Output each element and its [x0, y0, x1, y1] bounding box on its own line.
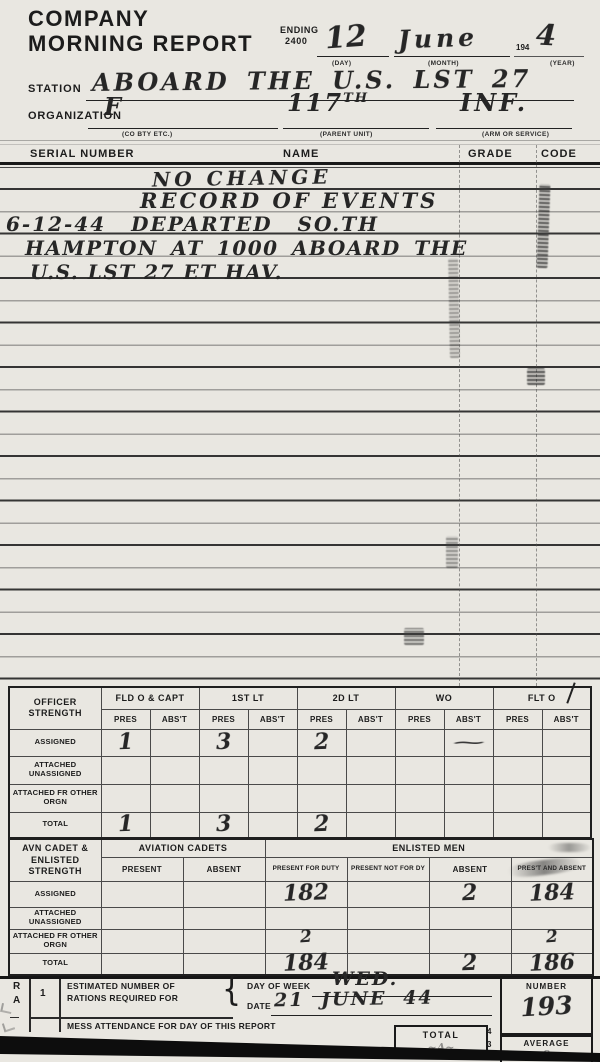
- rations-row-rule: [29, 1017, 233, 1019]
- enlisted-row-label: ATTACHED UNASSIGNED: [9, 907, 101, 929]
- officer-subheader: PRES: [493, 709, 542, 729]
- org-unit-label: (CO BTY ETC.): [122, 131, 173, 138]
- org-arm-label: (ARM OR SERVICE): [482, 131, 549, 138]
- enlisted-value-cell: 184: [511, 881, 593, 907]
- enlisted-value-cell: [183, 881, 265, 907]
- date-underline: [271, 1015, 492, 1016]
- enlisted-group-header: ENLISTED MEN: [265, 839, 593, 857]
- officer-subheader: ABS'T: [444, 709, 493, 729]
- scan-smudge: [527, 368, 545, 385]
- officer-value-cell: [542, 812, 591, 838]
- enlisted-value-cell: [183, 929, 265, 953]
- officer-value-cell: [346, 784, 395, 812]
- officer-row-label: ATTACHED UNASSIGNED: [9, 756, 101, 784]
- officer-subheader: PRES: [199, 709, 248, 729]
- enlisted-subheader: PRESENT: [101, 857, 183, 881]
- enlisted-value-cell: [511, 907, 593, 929]
- officer-row-header: OFFICER STRENGTH: [9, 687, 101, 729]
- pencil-smear: [548, 843, 590, 852]
- officer-value-cell: 1: [101, 729, 150, 756]
- enlisted-value-cell: [101, 953, 183, 975]
- side-digit: 3: [487, 1040, 491, 1049]
- side-digit: 4: [487, 1027, 491, 1036]
- enlisted-value-cell: [101, 907, 183, 929]
- enlisted-value-cell: [347, 929, 429, 953]
- enlisted-subheader: ABSENT: [183, 857, 265, 881]
- officer-row-label: ATTACHED FR OTHER ORGN: [9, 784, 101, 812]
- officer-value-cell: [248, 784, 297, 812]
- enlisted-value-cell: [183, 907, 265, 929]
- officer-value-cell: [346, 756, 395, 784]
- form-title-line1: COMPANY: [28, 6, 149, 32]
- ending-time: 2400: [285, 36, 307, 46]
- roster-col-grade: GRADE: [468, 148, 513, 160]
- officer-value-cell: 3: [199, 729, 248, 756]
- officer-strength-table: OFFICER STRENGTH FLD O & CAPT 1ST LT 2D …: [8, 686, 592, 839]
- roster-entry: RECORD OF EVENTS: [140, 188, 438, 213]
- officer-subheader: ABS'T: [150, 709, 199, 729]
- officer-value-cell: 1: [101, 812, 150, 838]
- month-underline: [394, 56, 510, 57]
- enlisted-value-cell: [101, 929, 183, 953]
- officer-value-cell: [395, 729, 444, 756]
- officer-value-cell: [395, 812, 444, 838]
- officer-value-cell: [493, 784, 542, 812]
- scan-smudge: [446, 536, 458, 568]
- officer-row-label: TOTAL: [9, 812, 101, 838]
- month-value-handwritten: June: [398, 23, 479, 55]
- officer-subheader: ABS'T: [248, 709, 297, 729]
- officer-value-cell: [444, 756, 493, 784]
- org-arm-value-handwritten: INF.: [460, 88, 528, 117]
- officer-subheader: ABS'T: [346, 709, 395, 729]
- rations-divider: [59, 979, 61, 1032]
- org-unit-underline: [88, 128, 278, 129]
- enlisted-value-cell: 2: [429, 953, 511, 975]
- officer-group-header: 2D LT: [297, 687, 395, 709]
- officer-value-cell: [150, 812, 199, 838]
- officer-value-cell: [542, 784, 591, 812]
- scan-smudge: [404, 628, 424, 645]
- officer-value-cell: [150, 756, 199, 784]
- average-label: AVERAGE: [502, 1039, 591, 1048]
- officer-value-cell: [493, 729, 542, 756]
- mess-attendance-label: MESS ATTENDANCE FOR DAY OF THIS REPORT: [67, 1021, 276, 1031]
- year-label: (YEAR): [550, 60, 575, 67]
- enlisted-value-cell: [429, 907, 511, 929]
- officer-group-header: FLD O & CAPT: [101, 687, 199, 709]
- scan-streak: [0, 140, 600, 141]
- org-parent-underline: [283, 128, 429, 129]
- roster-col-name: NAME: [283, 148, 319, 160]
- total-label: TOTAL: [396, 1030, 486, 1040]
- number-box: NUMBER 193: [500, 977, 593, 1035]
- org-unit-value-handwritten: F: [104, 92, 121, 121]
- officer-group-header: 1ST LT: [199, 687, 297, 709]
- enlisted-row-header: AVN CADET & ENLISTED STRENGTH: [9, 839, 101, 881]
- code-column-separator: [536, 145, 537, 686]
- officer-subheader: PRES: [297, 709, 346, 729]
- officer-value-cell: [395, 756, 444, 784]
- officer-row-label: ASSIGNED: [9, 729, 101, 756]
- officer-value-cell: [493, 756, 542, 784]
- enlisted-row-label: ASSIGNED: [9, 881, 101, 907]
- officer-value-cell: [297, 756, 346, 784]
- officer-value-cell: [248, 812, 297, 838]
- officer-subheader: PRES: [395, 709, 444, 729]
- year-underline: [514, 56, 584, 57]
- enlisted-group-header: AVIATION CADETS: [101, 839, 265, 857]
- enlisted-value-cell: [347, 907, 429, 929]
- officer-value-cell: [542, 729, 591, 756]
- roster-entry: U.S. LST 27 ET HAV.: [30, 260, 283, 284]
- grade-column-separator: [459, 145, 460, 686]
- number-value-handwritten: 193: [501, 990, 591, 1024]
- officer-value-cell: [150, 784, 199, 812]
- scan-streak: [0, 144, 600, 145]
- enlisted-value-cell: [265, 907, 347, 929]
- morning-report-form: COMPANY MORNING REPORT ENDING 2400 12 (D…: [0, 0, 600, 1062]
- rations-side-letter: A: [13, 995, 20, 1006]
- enlisted-subheader: ABSENT: [429, 857, 511, 881]
- officer-value-cell: [346, 729, 395, 756]
- officer-value-cell: 2: [297, 812, 346, 838]
- estimated-rations-line1: ESTIMATED NUMBER OF: [67, 981, 175, 991]
- rations-side-letter: R: [13, 981, 20, 992]
- station-label: STATION: [28, 83, 82, 95]
- date-value-handwritten: 21 JUNE 44: [274, 987, 434, 1012]
- enlisted-row-label: TOTAL: [9, 953, 101, 975]
- date-label: DATE: [247, 1001, 271, 1011]
- officer-value-cell: [199, 756, 248, 784]
- officer-value-cell: [493, 812, 542, 838]
- brace-glyph: {: [222, 969, 241, 1009]
- officer-value-cell: [444, 784, 493, 812]
- officer-value-cell: [297, 784, 346, 812]
- officer-value-cell: [248, 729, 297, 756]
- officer-value-cell: [248, 756, 297, 784]
- officer-group-header: WO: [395, 687, 493, 709]
- officer-value-cell: [346, 812, 395, 838]
- officer-value-cell: [101, 756, 150, 784]
- day-value-handwritten: 12: [324, 19, 368, 57]
- org-arm-underline: [436, 128, 572, 129]
- rations-row-number: 1: [40, 988, 46, 999]
- enlisted-value-cell: 182: [265, 881, 347, 907]
- officer-value-cell: [199, 784, 248, 812]
- officer-group-header: FLT O: [493, 687, 591, 709]
- officer-value-cell: 3: [199, 812, 248, 838]
- officer-value-cell: ~: [444, 729, 493, 756]
- scan-artifact: [2, 1021, 15, 1033]
- day-underline: [317, 56, 389, 57]
- officer-subheader: ABS'T: [542, 709, 591, 729]
- roster-entry: 6-12-44 DEPARTED SO.TH: [6, 212, 379, 236]
- officer-value-cell: [101, 784, 150, 812]
- enlisted-strength-table: AVN CADET & ENLISTED STRENGTH AVIATION C…: [8, 838, 594, 976]
- org-parent-label: (PARENT UNIT): [320, 131, 373, 138]
- enlisted-subheader: PRESENT FOR DUTY: [265, 857, 347, 881]
- form-title-line2: MORNING REPORT: [28, 31, 253, 57]
- enlisted-value-cell: [101, 881, 183, 907]
- roster-col-code: CODE: [541, 148, 577, 160]
- scan-artifact: [0, 1003, 13, 1014]
- enlisted-subheader: PRESENT NOT FOR DY: [347, 857, 429, 881]
- enlisted-value-cell: [347, 881, 429, 907]
- officer-subheader: PRES: [101, 709, 150, 729]
- rations-divider: [29, 979, 31, 1032]
- org-parent-value-handwritten: 117TH: [287, 88, 369, 117]
- roster-col-serial: SERIAL NUMBER: [30, 148, 134, 160]
- estimated-rations-line2: RATIONS REQUIRED FOR: [67, 993, 178, 1003]
- ending-label: ENDING: [280, 25, 319, 35]
- enlisted-value-cell: 186: [511, 953, 593, 975]
- scan-smudge: [448, 258, 460, 358]
- org-parent-number: 117: [287, 88, 343, 117]
- year-value-handwritten: 4: [535, 17, 557, 52]
- year-prefix: 194: [516, 43, 529, 52]
- officer-value-cell: [542, 756, 591, 784]
- enlisted-value-cell: 2: [429, 881, 511, 907]
- enlisted-row-label: ATTACHED FR OTHER ORGN: [9, 929, 101, 953]
- roster-entry: HAMPTON AT 1000 ABOARD THE: [25, 236, 468, 260]
- org-parent-suffix: TH: [343, 91, 369, 106]
- officer-value-cell: [444, 812, 493, 838]
- officer-value-cell: [150, 729, 199, 756]
- officer-value-cell: [395, 784, 444, 812]
- officer-value-cell: 2: [297, 729, 346, 756]
